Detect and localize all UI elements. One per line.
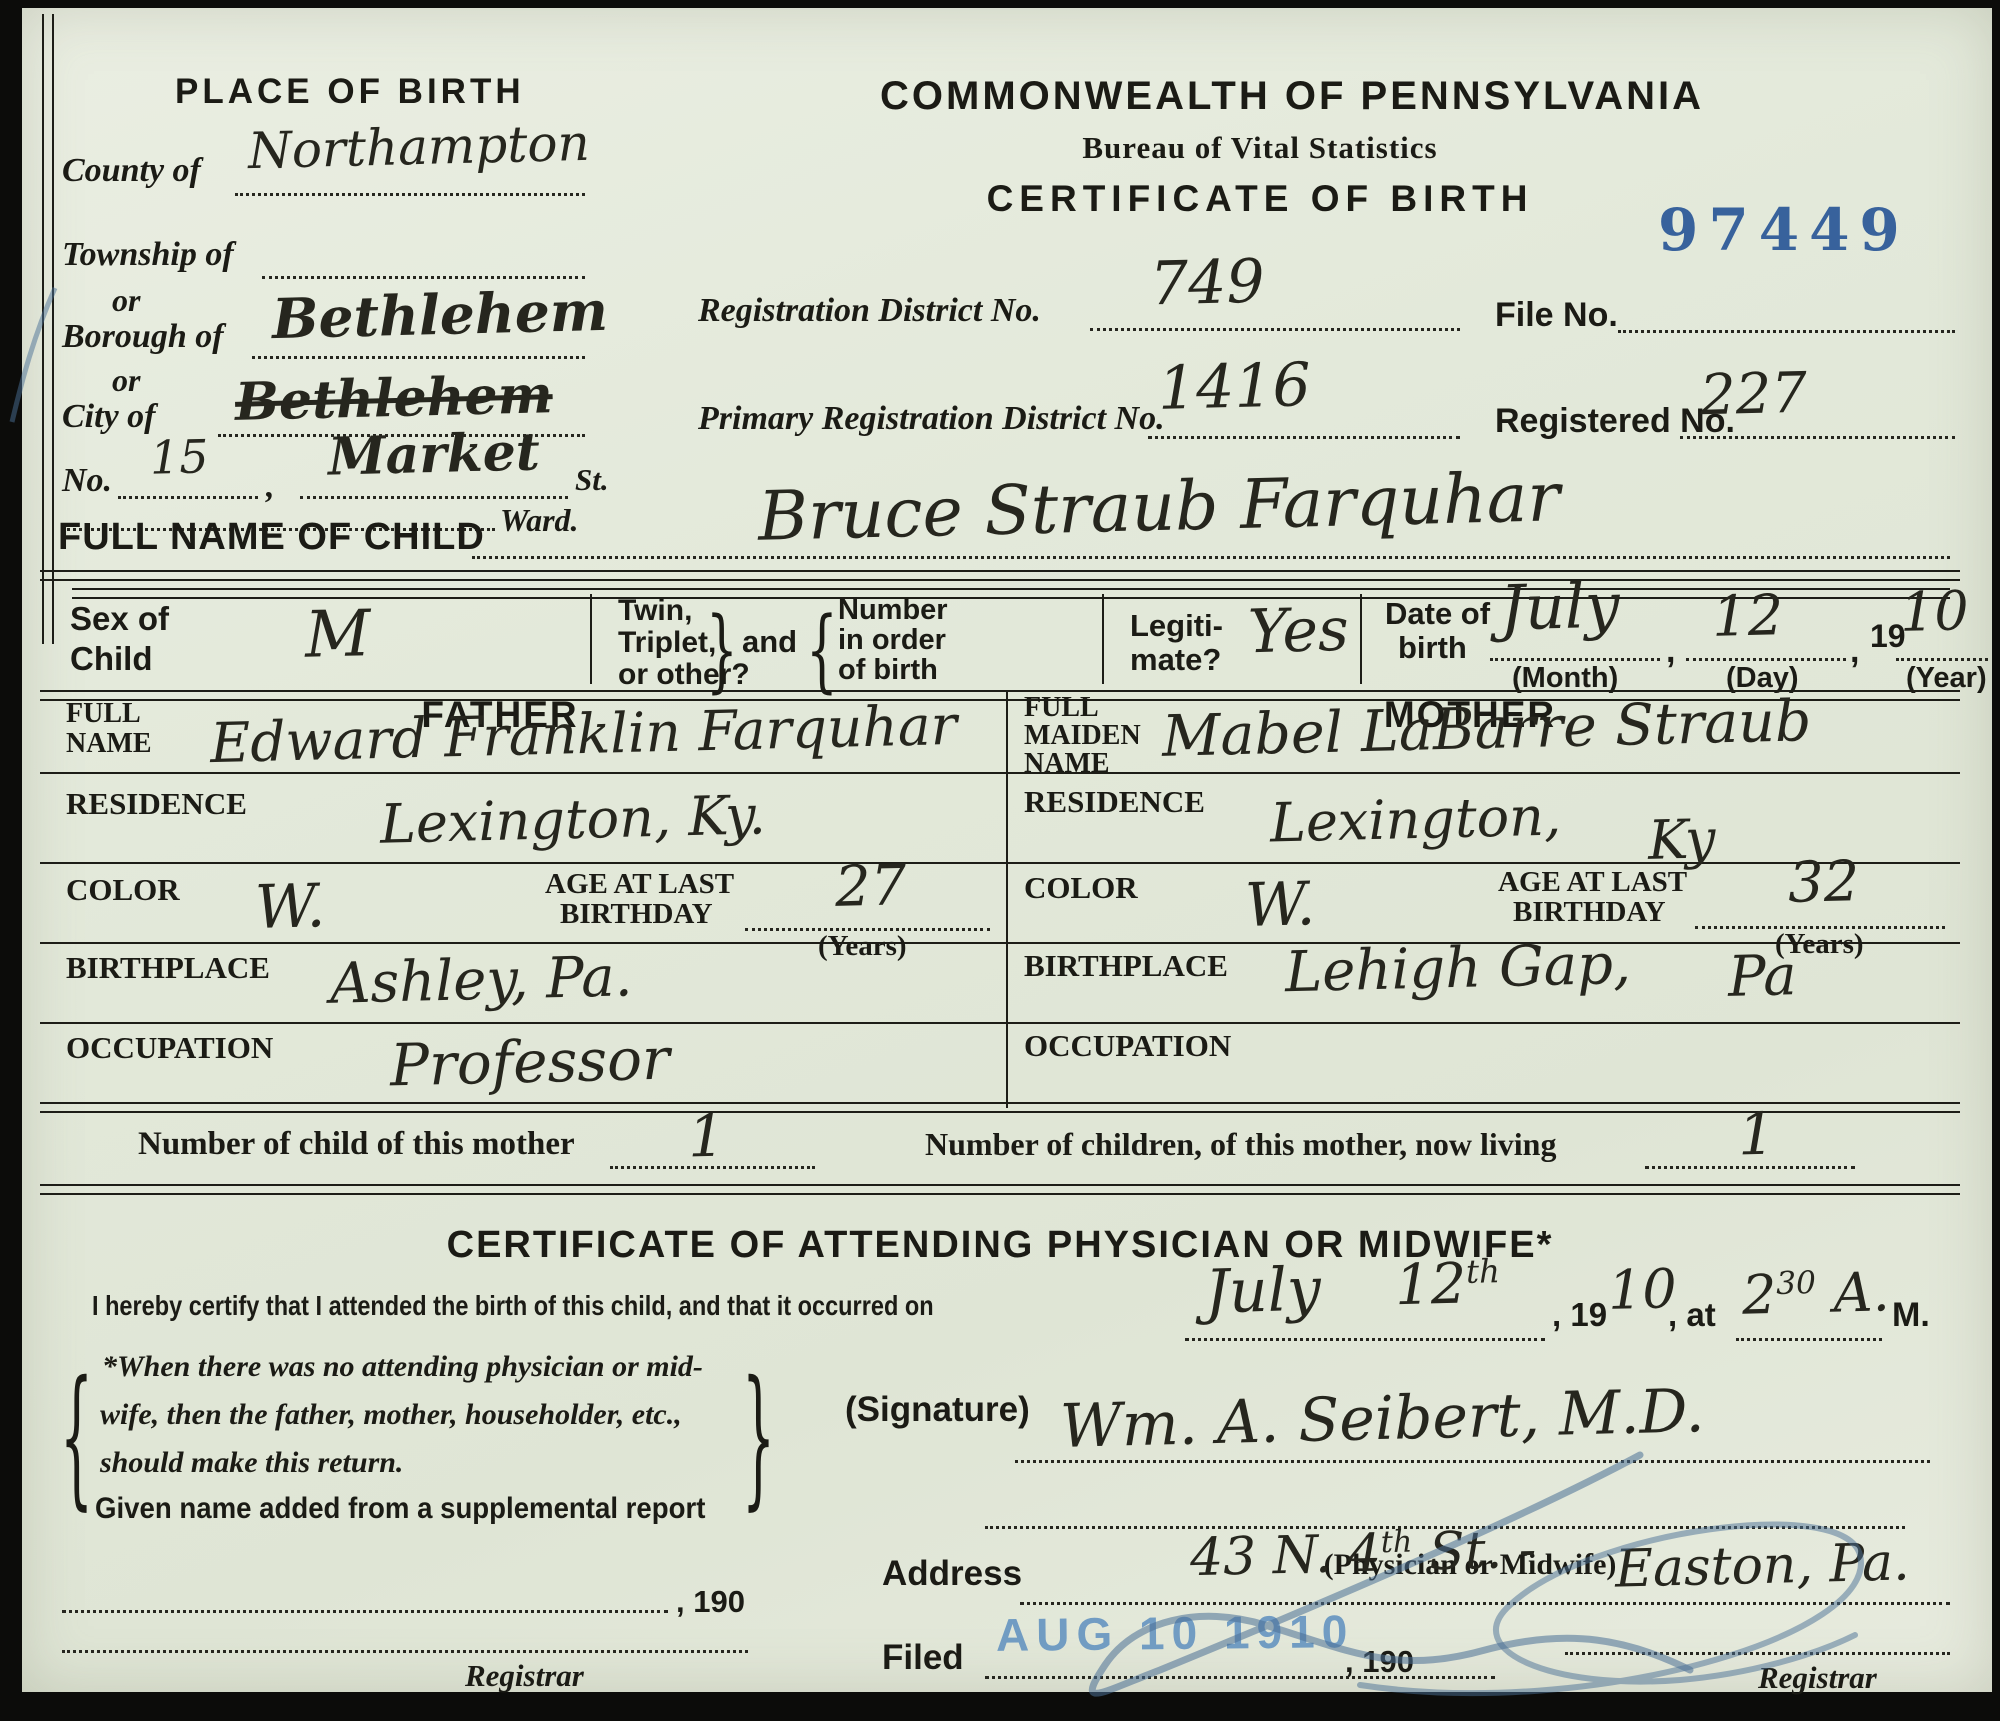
- house-no-label: No.: [62, 462, 112, 500]
- occurred-day-suffix: th: [1465, 1252, 1500, 1291]
- mother-age-label-line1: AGE AT LAST: [1498, 866, 1687, 899]
- filed-label: Filed: [882, 1638, 964, 1678]
- primary-registration-label: Primary Registration District No.: [698, 400, 1165, 438]
- time-hour: 2: [1741, 1263, 1777, 1327]
- dob-label-line1: Date of: [1385, 596, 1490, 632]
- sex-label-line2: Child: [70, 640, 152, 678]
- dob-day-value: 12: [1711, 583, 1784, 650]
- dob-month-line: [1490, 658, 1660, 661]
- county-label: County of: [62, 152, 201, 190]
- registration-district-value: 749: [1149, 247, 1265, 320]
- count-child-value: 1: [687, 1102, 726, 1171]
- left-date-line: [62, 1610, 668, 1613]
- father-birthplace-value: Ashley, Pa.: [329, 944, 633, 1016]
- mother-color-label: COLOR: [1024, 870, 1138, 906]
- father-mother-divider: [1006, 690, 1008, 1108]
- bureau-subtitle: Bureau of Vital Statistics: [880, 130, 1640, 166]
- left-registrar-line: [62, 1650, 748, 1653]
- registration-district-label: Registration District No.: [698, 292, 1041, 330]
- divider-double: [40, 1102, 1960, 1113]
- count-living-value: 1: [1737, 1100, 1776, 1169]
- sex-label-line1: Sex of: [70, 600, 169, 638]
- right-brace-glyph: }: [706, 598, 738, 702]
- left-year-label: , 190: [676, 1584, 745, 1620]
- borough-label: Borough of: [62, 318, 224, 356]
- occurred-month-value: July: [1204, 1255, 1321, 1328]
- street-line: [300, 496, 568, 499]
- or-label-b: or: [112, 362, 140, 399]
- twin-label-line2: Triplet,: [618, 626, 716, 660]
- address-label: Address: [882, 1554, 1022, 1594]
- occurred-day-number: 12: [1394, 1252, 1467, 1319]
- mother-residence-state: Ky: [1647, 807, 1716, 872]
- father-occupation-value: Professor: [389, 1025, 670, 1100]
- column-rule: [1102, 594, 1104, 684]
- table-rule: [40, 772, 1960, 774]
- father-color-value: W.: [254, 871, 326, 943]
- occurred-day-value: 12th: [1394, 1251, 1501, 1319]
- registered-no-value: 227: [1699, 361, 1807, 429]
- note-right-brace: }: [742, 1352, 775, 1526]
- legitimate-value: Yes: [1247, 595, 1349, 667]
- mother-age-label-line2: BIRTHDAY: [1513, 896, 1666, 929]
- dob-label-line2: birth: [1398, 630, 1467, 666]
- borough-value: Bethlehem: [271, 278, 608, 351]
- file-no-line: [1618, 330, 1955, 333]
- signature-label: (Signature): [845, 1390, 1030, 1430]
- count-living-label: Number of children, of this mother, now …: [925, 1126, 1556, 1163]
- dob-year-line: [1896, 658, 1988, 661]
- and-label: and: [742, 624, 797, 660]
- sex-value: M: [304, 597, 371, 673]
- mother-birthplace-state: Pa: [1727, 943, 1797, 1010]
- legitimate-label-line2: mate?: [1130, 642, 1221, 678]
- occurred-at-label: , at: [1668, 1296, 1716, 1334]
- certify-statement: I hereby certify that I attended the bir…: [92, 1290, 934, 1322]
- divider-double: [40, 570, 1960, 581]
- father-name-label-line2: NAME: [66, 728, 152, 760]
- certificate-title: CERTIFICATE OF BIRTH: [880, 178, 1640, 220]
- physician-title: CERTIFICATE OF ATTENDING PHYSICIAN OR MI…: [240, 1224, 1760, 1267]
- dob-comma1: ,: [1666, 632, 1675, 671]
- or-label-a: or: [112, 282, 140, 319]
- ward-label: Ward.: [500, 502, 579, 539]
- street-suffix-label: St.: [575, 462, 609, 498]
- file-no-label: File No.: [1495, 296, 1618, 335]
- registered-no-line: [1680, 436, 1955, 439]
- street-value: Market: [327, 421, 540, 487]
- mother-birthplace-value: Lehigh Gap,: [1284, 932, 1631, 1005]
- father-residence-label: RESIDENCE: [66, 786, 247, 822]
- table-rule: [40, 1022, 1960, 1024]
- note-line1: *When there was no attending physician o…: [102, 1350, 703, 1384]
- note-line2: wife, then the father, mother, household…: [100, 1398, 682, 1432]
- column-rule: [590, 594, 592, 684]
- house-no-value: 15: [149, 429, 209, 484]
- city-label: City of: [62, 398, 155, 436]
- dob-month-value: July: [1499, 569, 1620, 645]
- time-a: A.: [1833, 1260, 1891, 1324]
- twin-label-line1: Twin,: [618, 594, 692, 628]
- house-no-line: [118, 496, 258, 499]
- township-label: Township of: [62, 236, 234, 274]
- left-registrar-caption: Registrar: [465, 1658, 584, 1694]
- mother-age-value: 32: [1787, 849, 1860, 916]
- dob-year-value: 10: [1899, 579, 1969, 644]
- mother-occupation-label: OCCUPATION: [1024, 1028, 1231, 1064]
- father-age-label-line1: AGE AT LAST: [545, 868, 734, 901]
- township-line: [262, 276, 585, 279]
- father-age-value: 27: [834, 853, 907, 920]
- order-label-line1: Number: [838, 594, 948, 627]
- father-color-label: COLOR: [66, 872, 180, 908]
- supplemental-report-label: Given name added from a supplemental rep…: [95, 1492, 705, 1526]
- left-brace-glyph: {: [806, 598, 838, 702]
- dob-comma2: ,: [1850, 632, 1859, 671]
- registration-district-line: [1090, 328, 1460, 331]
- order-label-line3: of birth: [838, 654, 938, 687]
- registrar-signature-scrawl: [1030, 1440, 1930, 1710]
- mother-residence-label: RESIDENCE: [1024, 784, 1205, 820]
- time-m-label: M.: [1892, 1296, 1930, 1335]
- father-age-label-line2: BIRTHDAY: [560, 898, 713, 931]
- primary-registration-line: [1148, 436, 1460, 439]
- father-residence-value: Lexington, Ky.: [379, 783, 766, 855]
- place-of-birth-title: PLACE OF BIRTH: [175, 72, 525, 112]
- column-rule: [1360, 594, 1362, 684]
- left-edge-blue-mark: [0, 280, 70, 430]
- child-name-line: [472, 556, 1950, 559]
- divider-double: [40, 1184, 1960, 1195]
- father-name-label-line1: FULL: [66, 698, 141, 730]
- count-child-label: Number of child of this mother: [138, 1126, 575, 1163]
- order-label-line2: in order: [838, 624, 946, 657]
- dob-day-line: [1686, 658, 1846, 661]
- mother-birthplace-label: BIRTHPLACE: [1024, 948, 1228, 984]
- father-years-caption: (Years): [818, 930, 907, 963]
- occurred-year-value: 10: [1607, 1257, 1677, 1322]
- county-value: Northampton: [247, 114, 590, 180]
- primary-registration-value: 1416: [1157, 350, 1311, 424]
- occurred-time-line: [1736, 1338, 1882, 1341]
- scanned-birth-certificate: PLACE OF BIRTH County of Northampton Tow…: [0, 0, 2000, 1721]
- father-occupation-label: OCCUPATION: [66, 1030, 273, 1066]
- occurred-time-value: 230 A.: [1741, 1260, 1890, 1327]
- table-rule: [40, 942, 1960, 944]
- occurred-year-prefix: , 19: [1552, 1296, 1607, 1334]
- child-name-label: FULL NAME OF CHILD: [58, 516, 485, 559]
- note-left-brace: {: [60, 1352, 93, 1526]
- certificate-number-stamp: 97449: [1658, 196, 1910, 264]
- note-line3: should make this return.: [100, 1446, 403, 1480]
- mother-color-value: W.: [1244, 869, 1316, 941]
- commonwealth-title: COMMONWEALTH OF PENNSYLVANIA: [880, 74, 1640, 119]
- occurred-date-line: [1185, 1338, 1545, 1341]
- borough-line: [252, 356, 585, 359]
- time-minutes: 30: [1776, 1265, 1817, 1302]
- mother-name-label-line3: NAME: [1024, 748, 1110, 780]
- street-comma: ,: [266, 468, 275, 506]
- mother-residence-value: Lexington,: [1269, 784, 1561, 854]
- legitimate-label-line1: Legiti-: [1130, 608, 1223, 644]
- county-line: [235, 193, 585, 196]
- father-birthplace-label: BIRTHPLACE: [66, 950, 270, 986]
